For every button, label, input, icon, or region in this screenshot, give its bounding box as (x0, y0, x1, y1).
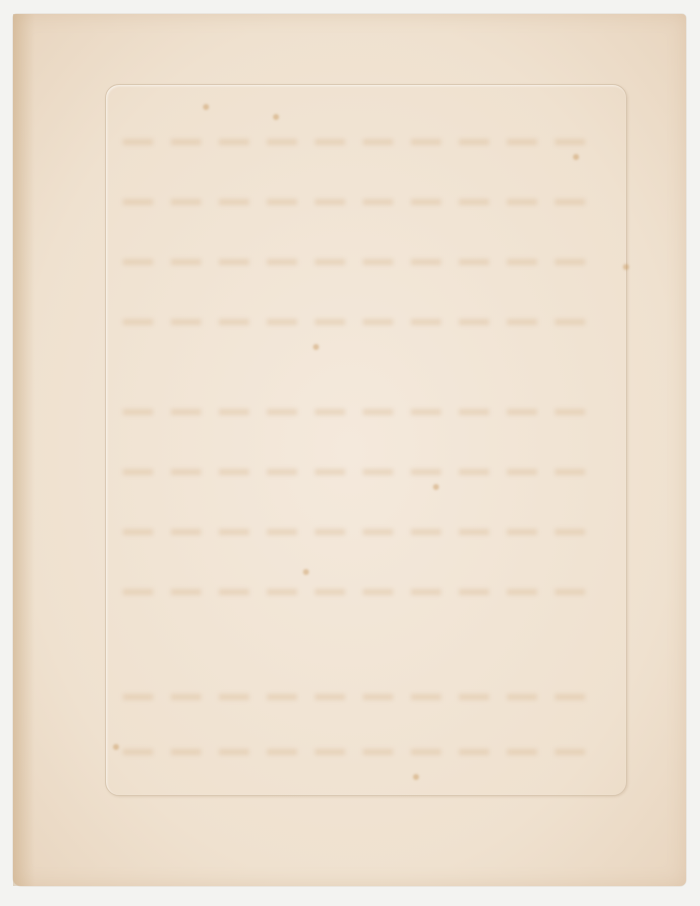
foxing-spot (413, 774, 419, 780)
foxing-spot (303, 569, 309, 575)
bleed-through-line (123, 529, 596, 535)
bleed-through-line (123, 694, 596, 700)
foxing-spot (433, 484, 439, 490)
bleed-through-line (123, 139, 596, 145)
bleed-through-line (123, 589, 596, 595)
foxing-spot (313, 344, 319, 350)
foxing-spot (203, 104, 209, 110)
bleed-through-line (123, 259, 596, 265)
foxing-spot (273, 114, 279, 120)
plate-mark (105, 84, 627, 796)
bleed-through-line (123, 199, 596, 205)
bleed-through-line (123, 749, 596, 755)
bleed-through-line (123, 409, 596, 415)
foxing-spot (623, 264, 629, 270)
foxing-spot (573, 154, 579, 160)
bleed-through-line (123, 469, 596, 475)
bleed-through-line (123, 319, 596, 325)
paper-sheet (13, 14, 686, 886)
foxing-spot (113, 744, 119, 750)
